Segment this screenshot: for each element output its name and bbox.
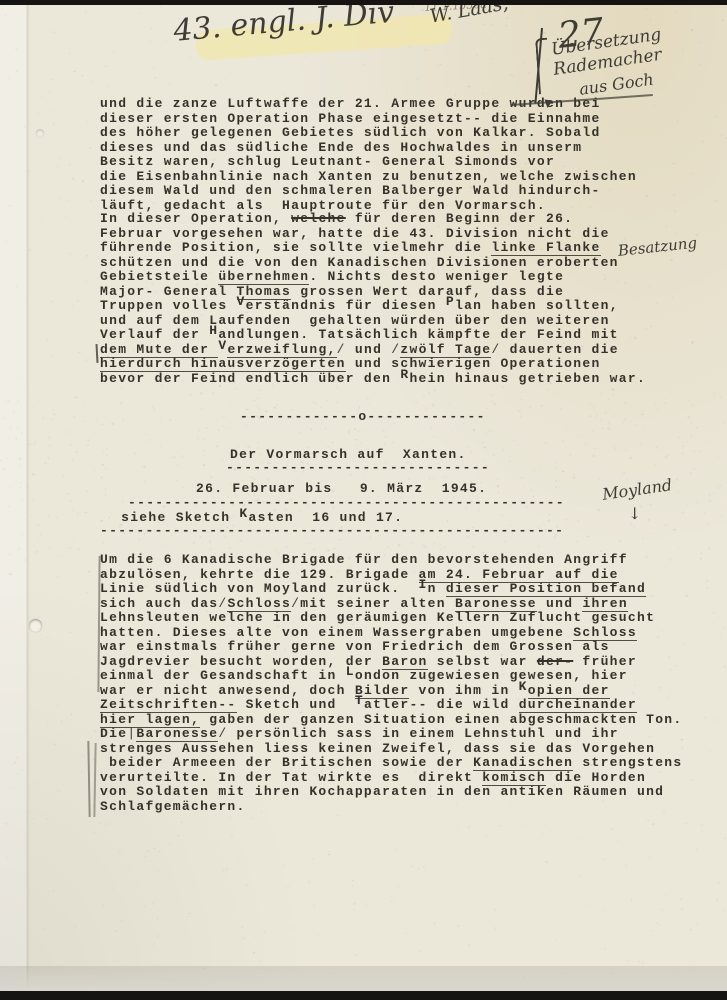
typed-line: die Eisenbahnlinie nach Xanten zu benutz… <box>100 170 637 185</box>
typed-segment: führende Position, sie sollte vielmehr d… <box>100 240 491 255</box>
typed-segment: und <box>537 596 583 611</box>
typed-segment: P <box>446 294 455 309</box>
typed-line: schützen und die von den Kanadischen Div… <box>100 256 646 271</box>
typed-segment: Sketch und <box>237 697 355 712</box>
typed-segment: hatten. Dieses alte von einem Wassergrab… <box>100 625 573 640</box>
typed-segment: Februar vorgesehen war, hatte die 43. Di… <box>100 226 610 241</box>
typed-segment: Gebietsteile <box>100 269 218 284</box>
typed-segment: T <box>355 693 364 708</box>
typed-segment: mit seiner alten <box>300 596 455 611</box>
typed-line: war er nicht anwesend, doch Bilder von i… <box>100 684 683 699</box>
typed-line: hierdurch hinausverzögerten und schwieri… <box>100 357 646 372</box>
typed-segment: atler-- die wild <box>364 697 519 712</box>
typed-segment: H <box>209 323 218 338</box>
heading-sketch-rule: ----------------------------------------… <box>100 524 564 539</box>
typed-line: hier lagen, gaben der ganzen Situation e… <box>100 713 683 728</box>
typed-segment: . Nichts desto weniger legte <box>309 269 564 284</box>
typed-line: Major- General Thomas grossen Wert darau… <box>100 285 646 300</box>
typed-line: dem Mute der Verzweiflung,/ und /zwölf T… <box>100 343 646 358</box>
typed-segment: selbst war <box>428 654 537 669</box>
typed-segment: strengstens <box>573 755 682 770</box>
typed-line: beider Armeeen der Britischen sowie der … <box>100 756 683 771</box>
typed-segment: die Eisenbahnlinie nach Xanten zu benutz… <box>100 169 637 184</box>
typed-line: des höher gelegenen Gebietes südlich von… <box>100 126 637 141</box>
scanned-page: und die zanze Luftwaffe der 21. Armee Gr… <box>0 0 727 1000</box>
typed-line: Februar vorgesehen war, hatte die 43. Di… <box>100 227 646 242</box>
typed-segment: Besitz waren, schlug Leutnant- General S… <box>100 154 555 169</box>
typed-line: und auf dem Laufenden gehalten würden üb… <box>100 314 646 329</box>
moyland-arrow: ↓ <box>628 504 641 523</box>
typed-segment: einmal der Gesandschaft in <box>100 668 346 683</box>
typed-segment: abzulösen, kehrte die 129. Brigade <box>100 567 419 582</box>
typed-segment: war einstmals früher gerne von Friedrich… <box>100 639 610 654</box>
typed-segment: Verlauf der <box>100 327 209 342</box>
typed-line: -------------o------------- <box>240 410 486 425</box>
typed-segment: strenges Aussehen liess keinen Zweifel, … <box>100 741 655 756</box>
typed-segment: beider Armeeen der Britischen sowie der <box>100 755 473 770</box>
typed-segment: sich auch das <box>100 596 218 611</box>
typed-line: strenges Aussehen liess keinen Zweifel, … <box>100 742 683 757</box>
typed-line: dieser ersten Operation Phase eingesetzt… <box>100 112 637 127</box>
typed-line: Um die 6 Kanadische Brigade für den bevo… <box>100 553 683 568</box>
paragraph-2: In dieser Operation, welche für deren Be… <box>100 212 646 386</box>
scan-edge-bottom-shadow <box>0 966 727 991</box>
typed-segment: 26. Februar bis 9. März 1945. <box>196 481 487 496</box>
typed-line: Schlafgemächern. <box>100 800 683 815</box>
paragraph-1: und die zanze Luftwaffe der 21. Armee Gr… <box>100 97 637 213</box>
typed-segment: die Horden <box>546 770 646 785</box>
typed-line: Besitz waren, schlug Leutnant- General S… <box>100 155 637 170</box>
typed-line: verurteilte. In der Tat wirkte es direkt… <box>100 771 683 786</box>
typed-segment: welche <box>291 211 346 226</box>
typed-segment: ----------------------------- <box>226 460 490 475</box>
typed-segment: gaben der ganzen Situation einen abgesch… <box>200 712 682 727</box>
typed-segment: persönlich sass in einem Lehnstuhl und i… <box>227 726 618 741</box>
typed-segment: Um die 6 Kanadische Brigade für den bevo… <box>100 552 628 567</box>
typed-segment: lan haben sollten, <box>455 298 619 313</box>
typed-line: hatten. Dieses alte von einem Wassergrab… <box>100 626 683 641</box>
typed-segment: Lehnsleuten welche in den geräumigen Kel… <box>100 610 655 625</box>
typed-segment: I <box>419 577 428 592</box>
typed-line: Die|Baronesse/ persönlich sass in einem … <box>100 727 683 742</box>
typed-segment: diesem Wald und den schmaleren Balberger… <box>100 183 601 198</box>
typed-segment: ----------------------------------------… <box>100 523 564 538</box>
typed-segment: R <box>400 367 409 382</box>
typed-line: Lehnsleuten welche in den geräumigen Kel… <box>100 611 683 626</box>
typed-line: Zeitschriften-- Sketch und Tatler-- die … <box>100 698 683 713</box>
typed-segment: war er nicht anwesend, doch <box>100 683 355 698</box>
typed-segment: Jagdrevier besucht worden, der <box>100 654 382 669</box>
typed-segment: grossen Wert darauf, dass die <box>291 284 564 299</box>
typed-segment: von Soldaten mit ihren Kochapparaten in … <box>100 784 664 799</box>
typed-line: einmal der Gesandschaft in London zugewi… <box>100 669 683 684</box>
typed-line: und die zanze Luftwaffe der 21. Armee Gr… <box>100 97 637 112</box>
typed-line: Verlauf der Handlungen. Tatsächlich kämp… <box>100 328 646 343</box>
typed-segment: V <box>218 338 227 353</box>
typed-segment: V <box>237 294 246 309</box>
typed-line: diesem Wald und den schmaleren Balberger… <box>100 184 637 199</box>
typed-segment: In dieser Operation, <box>100 211 291 226</box>
typed-segment: Truppen volles <box>100 298 237 313</box>
typed-line: Gebietsteile übernehmen. Nichts desto we… <box>100 270 646 285</box>
typed-segment: von ihm in <box>409 683 518 698</box>
heading-dates-rule: ----------------------------------------… <box>128 496 565 511</box>
typed-segment: dieser ersten Operation Phase eingesetzt… <box>100 111 601 126</box>
typed-line: ----------------------------------------… <box>100 524 564 539</box>
typed-line: abzulösen, kehrte die 129. Brigade am 24… <box>100 568 683 583</box>
typed-segment: und <box>346 342 392 357</box>
typed-segment: / <box>337 342 346 357</box>
typed-segment: dauerten die <box>501 342 619 357</box>
typed-segment: Die <box>100 726 127 741</box>
typed-segment: L <box>346 664 355 679</box>
typed-line: Linie südlich von Moyland zurück. In die… <box>100 582 683 597</box>
typed-segment: K <box>519 679 528 694</box>
typed-segment: dieses und das südliche Ende des Hochwal… <box>100 140 582 155</box>
typed-segment: der- <box>537 654 573 669</box>
typed-segment: früher <box>573 654 637 669</box>
section-divider: -------------o------------- <box>240 410 486 425</box>
typed-line: führende Position, sie sollte vielmehr d… <box>100 241 646 256</box>
typed-segment: verurteilte. In der Tat wirkte es direkt <box>100 770 482 785</box>
typed-segment: bevor der Feind endlich über den <box>100 371 400 386</box>
scan-edge-top <box>0 0 727 5</box>
typed-line: dieses und das südliche Ende des Hochwal… <box>100 141 637 156</box>
typed-segment: -------------o------------- <box>240 409 486 424</box>
typed-line: ----------------------------- <box>226 461 490 476</box>
typed-segment: Linie südlich von Moyland zurück. <box>100 581 419 596</box>
typed-line: von Soldaten mit ihren Kochapparaten in … <box>100 785 683 800</box>
typed-segment: Schlafgemächern. <box>100 799 246 814</box>
punch-hole-faint <box>36 129 44 137</box>
typed-segment: ----------------------------------------… <box>128 495 565 510</box>
scan-edge-bottom <box>0 991 727 1000</box>
typed-segment: des höher gelegenen Gebietes südlich von… <box>100 125 601 140</box>
typed-segment: n <box>428 581 446 596</box>
typed-segment: K <box>239 506 248 521</box>
typed-line: bevor der Feind endlich über den Rhein h… <box>100 372 646 387</box>
typed-segment: / <box>291 596 300 611</box>
typed-line: In dieser Operation, welche für deren Be… <box>100 212 646 227</box>
typed-segment: Major- General <box>100 284 237 299</box>
typed-segment: und auf dem Laufenden gehalten würden üb… <box>100 313 610 328</box>
typed-segment: für deren Beginn der 26. <box>346 211 574 226</box>
heading-title-rule: ----------------------------- <box>226 461 490 476</box>
typed-line: ----------------------------------------… <box>128 496 565 511</box>
typed-segment: und schwierigen Operationen <box>346 356 601 371</box>
typed-line: sich auch das/Schloss/mit seiner alten B… <box>100 597 683 612</box>
typed-segment: hein hinaus getrieben war. <box>409 371 646 386</box>
typed-segment: / <box>491 342 500 357</box>
typed-segment: ondon zugewiesen gewesen, hier <box>355 668 628 683</box>
typed-segment: schützen und die von den Kanadischen Div… <box>100 255 619 270</box>
typed-segment: erständnis für diesen <box>246 298 446 313</box>
punch-hole <box>29 619 42 632</box>
typed-segment: andlungen. Tatsächlich kämpfte der Feind… <box>218 327 618 342</box>
typed-line: Jagdrevier besucht worden, der Baron sel… <box>100 655 683 670</box>
paragraph-3: Um die 6 Kanadische Brigade für den bevo… <box>100 553 683 814</box>
typed-line: Truppen volles Verständnis für diesen Pl… <box>100 299 646 314</box>
typed-line: war einstmals früher gerne von Friedrich… <box>100 640 683 655</box>
